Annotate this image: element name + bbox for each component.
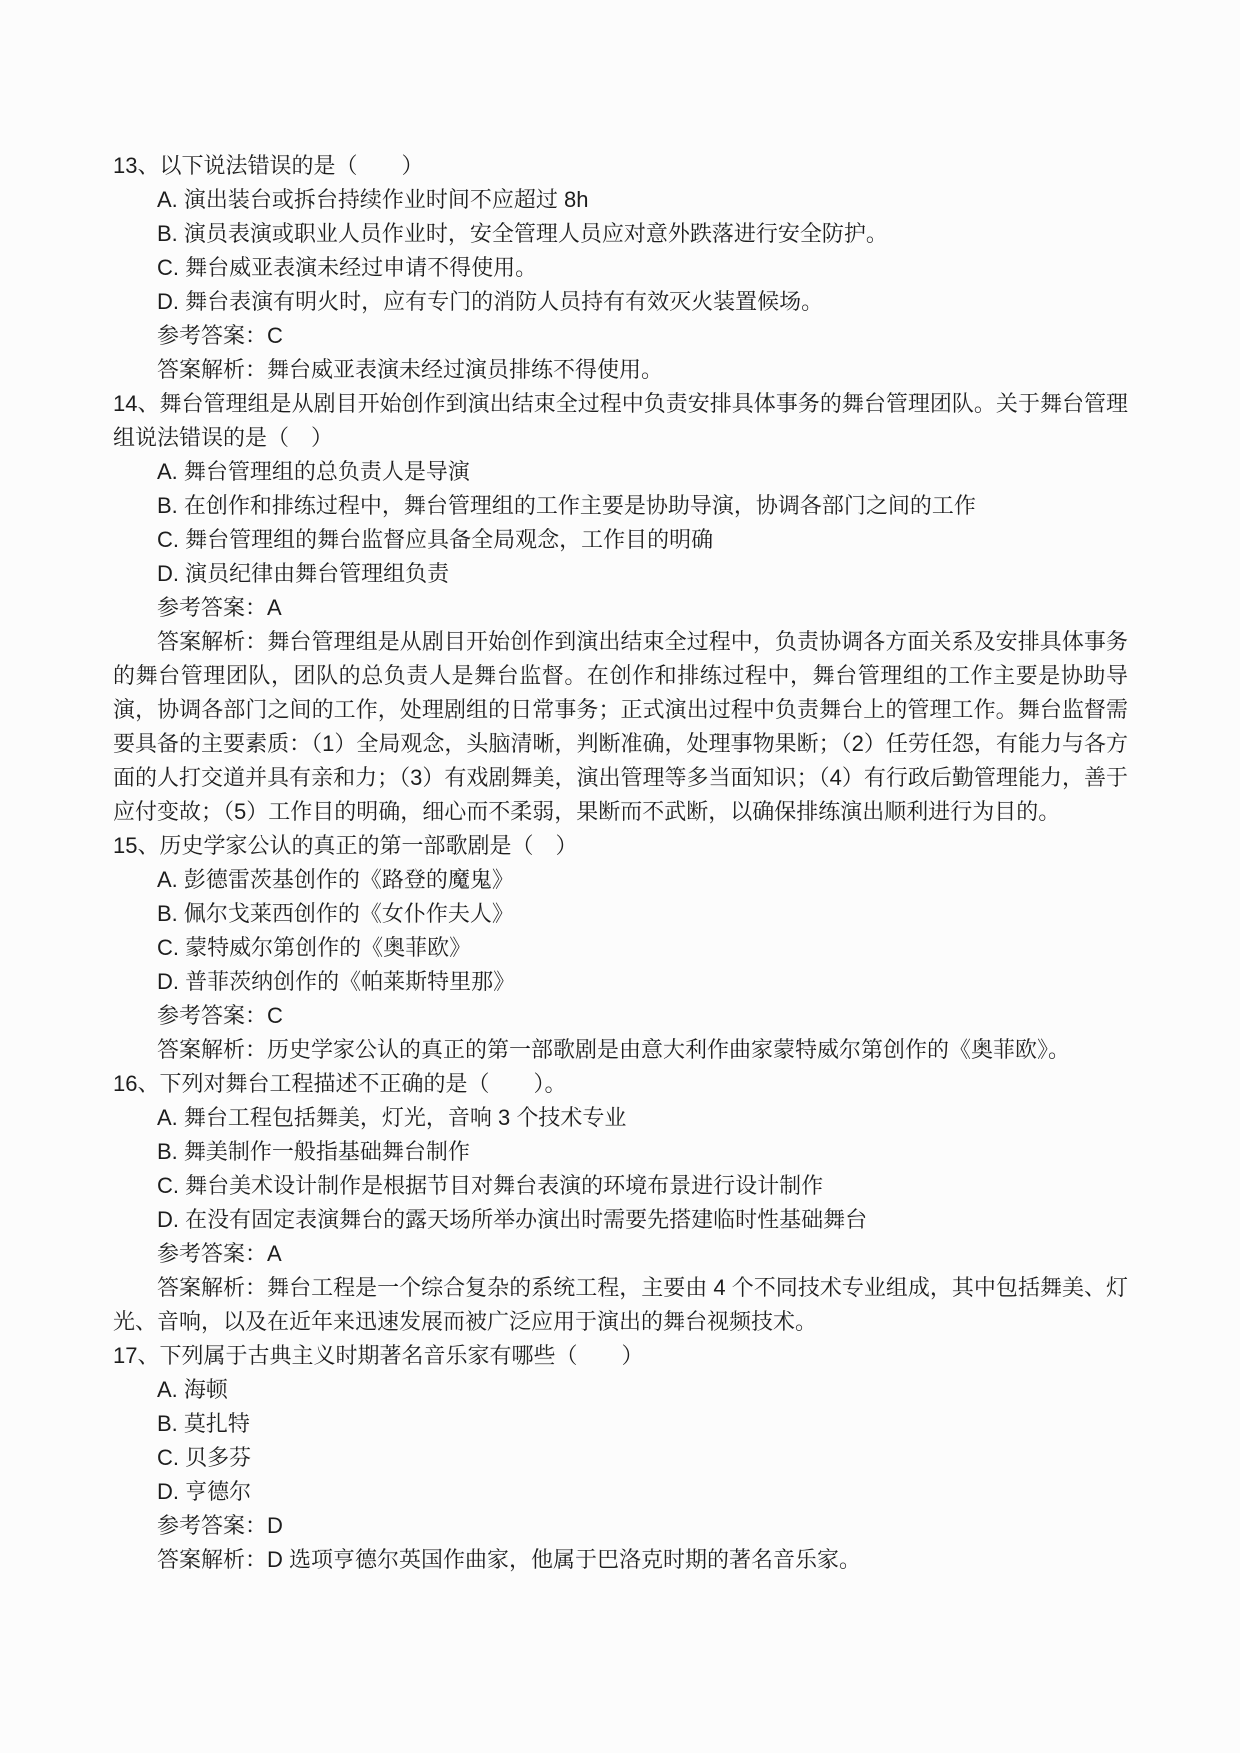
answer-explanation: 答案解析：D 选项亨德尔英国作曲家，他属于巴洛克时期的著名音乐家。 bbox=[113, 1543, 1128, 1577]
question-option: D. 舞台表演有明火时，应有专门的消防人员持有有效灭火装置候场。 bbox=[113, 285, 1128, 319]
question-block: 14、舞台管理组是从剧目开始创作到演出结束全过程中负责安排具体事务的舞台管理团队… bbox=[113, 387, 1128, 829]
question-option: A. 海顿 bbox=[113, 1373, 1128, 1407]
reference-answer: 参考答案：A bbox=[113, 591, 1128, 625]
question-option: A. 舞台管理组的总负责人是导演 bbox=[113, 455, 1128, 489]
question-stem: 14、舞台管理组是从剧目开始创作到演出结束全过程中负责安排具体事务的舞台管理团队… bbox=[113, 387, 1128, 455]
reference-answer: 参考答案：C bbox=[113, 999, 1128, 1033]
question-option: B. 演员表演或职业人员作业时，安全管理人员应对意外跌落进行安全防护。 bbox=[113, 217, 1128, 251]
question-option: B. 在创作和排练过程中，舞台管理组的工作主要是协助导演，协调各部门之间的工作 bbox=[113, 489, 1128, 523]
question-option: D. 在没有固定表演舞台的露天场所举办演出时需要先搭建临时性基础舞台 bbox=[113, 1203, 1128, 1237]
question-block: 15、历史学家公认的真正的第一部歌剧是（ ） A. 彭德雷茨基创作的《路登的魔鬼… bbox=[113, 829, 1128, 1067]
reference-answer: 参考答案：D bbox=[113, 1509, 1128, 1543]
question-option: D. 普菲茨纳创作的《帕莱斯特里那》 bbox=[113, 965, 1128, 999]
question-stem: 15、历史学家公认的真正的第一部歌剧是（ ） bbox=[113, 829, 1128, 863]
question-block: 16、下列对舞台工程描述不正确的是（ ）。 A. 舞台工程包括舞美，灯光，音响 … bbox=[113, 1067, 1128, 1339]
question-option: C. 舞台威亚表演未经过申请不得使用。 bbox=[113, 251, 1128, 285]
question-option: C. 舞台美术设计制作是根据节目对舞台表演的环境布景进行设计制作 bbox=[113, 1169, 1128, 1203]
reference-answer: 参考答案：C bbox=[113, 319, 1128, 353]
question-option: A. 舞台工程包括舞美，灯光，音响 3 个技术专业 bbox=[113, 1101, 1128, 1135]
question-block: 17、下列属于古典主义时期著名音乐家有哪些（ ） A. 海顿 B. 莫扎特 C.… bbox=[113, 1339, 1128, 1577]
question-option: A. 演出装台或拆台持续作业时间不应超过 8h bbox=[113, 183, 1128, 217]
answer-explanation: 答案解析：历史学家公认的真正的第一部歌剧是由意大利作曲家蒙特威尔第创作的《奥菲欧… bbox=[113, 1033, 1128, 1067]
answer-explanation: 答案解析：舞台威亚表演未经过演员排练不得使用。 bbox=[113, 353, 1128, 387]
question-stem: 17、下列属于古典主义时期著名音乐家有哪些（ ） bbox=[113, 1339, 1128, 1373]
question-option: B. 舞美制作一般指基础舞台制作 bbox=[113, 1135, 1128, 1169]
question-block: 13、以下说法错误的是（ ） A. 演出装台或拆台持续作业时间不应超过 8h B… bbox=[113, 149, 1128, 387]
question-stem: 13、以下说法错误的是（ ） bbox=[113, 149, 1128, 183]
answer-explanation: 答案解析：舞台管理组是从剧目开始创作到演出结束全过程中，负责协调各方面关系及安排… bbox=[113, 625, 1128, 829]
question-option: C. 贝多芬 bbox=[113, 1441, 1128, 1475]
question-option: C. 蒙特威尔第创作的《奥菲欧》 bbox=[113, 931, 1128, 965]
question-option: A. 彭德雷茨基创作的《路登的魔鬼》 bbox=[113, 863, 1128, 897]
exam-document-page: 13、以下说法错误的是（ ） A. 演出装台或拆台持续作业时间不应超过 8h B… bbox=[0, 0, 1240, 1753]
question-option: B. 莫扎特 bbox=[113, 1407, 1128, 1441]
question-option: C. 舞台管理组的舞台监督应具备全局观念，工作目的明确 bbox=[113, 523, 1128, 557]
question-option: D. 亨德尔 bbox=[113, 1475, 1128, 1509]
answer-explanation: 答案解析：舞台工程是一个综合复杂的系统工程，主要由 4 个不同技术专业组成，其中… bbox=[113, 1271, 1128, 1339]
question-option: B. 佩尔戈莱西创作的《女仆作夫人》 bbox=[113, 897, 1128, 931]
question-option: D. 演员纪律由舞台管理组负责 bbox=[113, 557, 1128, 591]
reference-answer: 参考答案：A bbox=[113, 1237, 1128, 1271]
question-stem: 16、下列对舞台工程描述不正确的是（ ）。 bbox=[113, 1067, 1128, 1101]
